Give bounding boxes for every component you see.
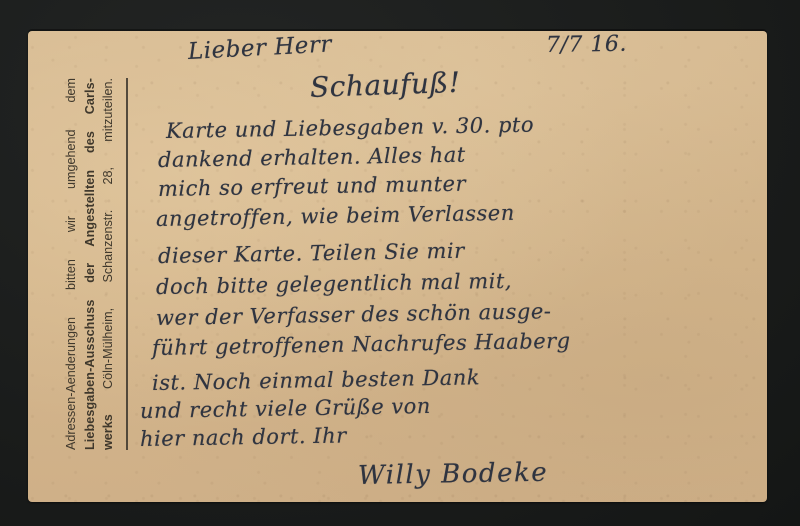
letter-line: dankend erhalten. Alles hat (158, 143, 466, 172)
printed-notice-address: Cöln-Mülheim, Schanzenstr. 28, mitzuteil… (101, 78, 115, 414)
signature: Willy Bodeke (358, 458, 549, 491)
letter-line: und recht viele Grüße von (140, 394, 431, 423)
handwritten-date: 7/7 16. (546, 32, 627, 58)
letter-line: ist. Noch einmal besten Dank (152, 365, 480, 395)
letter-line: Karte und Liebesgaben v. 30. pto (166, 113, 534, 143)
letter-line: führt getroffenen Nachrufes Haaberg (152, 329, 571, 360)
printed-notice-bold-word: werks (101, 414, 115, 450)
salutation-line-1: Lieber Herr (187, 31, 332, 65)
printed-notice-line-3: werks Cöln-Mülheim, Schanzenstr. 28, mit… (99, 78, 118, 450)
salutation-line-2: Schaufuß! (309, 66, 461, 104)
postcard: Adressen-Aenderungen bitten wir umgehend… (28, 31, 767, 502)
printed-address-notice: Adressen-Aenderungen bitten wir umgehend… (62, 78, 132, 450)
letter-line: hier nach dort. Ihr (140, 423, 347, 451)
printed-notice-line-1: Adressen-Aenderungen bitten wir umgehend… (62, 78, 81, 450)
printed-divider-line (126, 78, 128, 450)
photo-background: Adressen-Aenderungen bitten wir umgehend… (0, 0, 800, 526)
letter-line: mich so erfreut und munter (158, 172, 466, 201)
letter-line: wer der Verfasser des schön ausge- (156, 299, 552, 330)
letter-line: doch bitte gelegentlich mal mit, (156, 269, 512, 299)
letter-line: dieser Karte. Teilen Sie mir (158, 239, 465, 268)
letter-line: angetroffen, wie beim Verlassen (156, 201, 515, 231)
printed-notice-line-2: Liebesgaben-Ausschuss der Angestellten d… (81, 78, 100, 450)
